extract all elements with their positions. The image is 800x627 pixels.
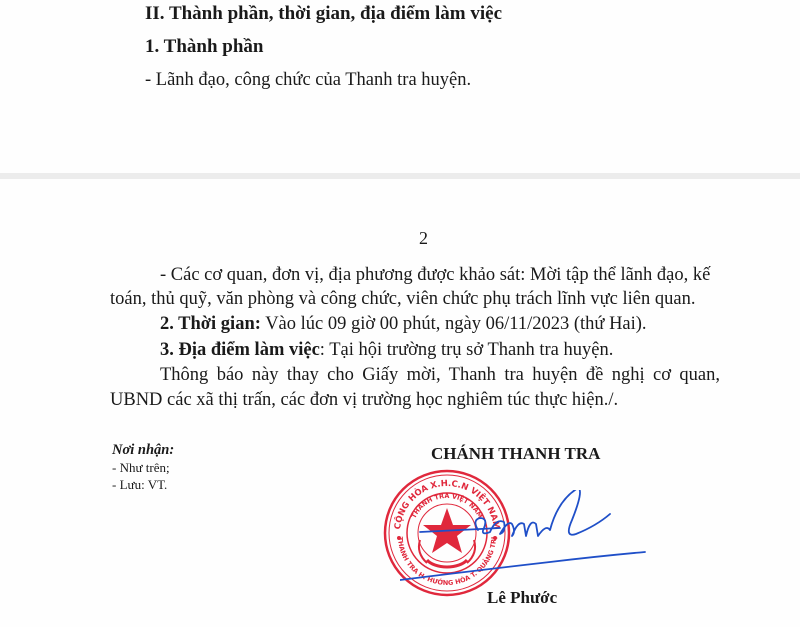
time-paragraph: 2. Thời gian: Vào lúc 09 giờ 00 phút, ng… (160, 313, 647, 335)
place-label: 3. Địa điểm làm việc (160, 340, 320, 360)
time-label: 2. Thời gian: (160, 314, 261, 334)
notice-line-2: UBND các xã thị trấn, các đơn vị trường … (110, 389, 618, 411)
subsection-heading: 1. Thành phần (145, 36, 263, 58)
recipients-block: Nơi nhận: - Như trên; - Lưu: VT. (112, 441, 174, 493)
signer-title: CHÁNH THANH TRA (431, 444, 600, 464)
place-paragraph: 3. Địa điểm làm việc: Tại hội trường trụ… (160, 339, 613, 361)
recipients-label: Nơi nhận: (112, 441, 174, 459)
recipient-item: - Lưu: VT. (112, 476, 174, 493)
signer-name: Lê Phước (487, 588, 557, 608)
handwritten-signature-icon (400, 490, 660, 590)
surveyed-units-line-1: - Các cơ quan, đơn vị, địa phương được k… (160, 264, 710, 286)
recipient-item: - Như trên; (112, 459, 174, 476)
participants-item: - Lãnh đạo, công chức của Thanh tra huyệ… (145, 69, 471, 91)
surveyed-units-line-2: toán, thủ quỹ, văn phòng và công chức, v… (110, 288, 695, 310)
page-1-bottom: II. Thành phần, thời gian, địa điểm làm … (0, 0, 800, 173)
page-number: 2 (419, 228, 428, 249)
notice-line-1: Thông báo này thay cho Giấy mời, Thanh t… (160, 364, 720, 386)
section-heading: II. Thành phần, thời gian, địa điểm làm … (145, 3, 502, 25)
time-value: Vào lúc 09 giờ 00 phút, ngày 06/11/2023 … (261, 314, 647, 334)
place-value: : Tại hội trường trụ sở Thanh tra huyện. (320, 340, 614, 360)
